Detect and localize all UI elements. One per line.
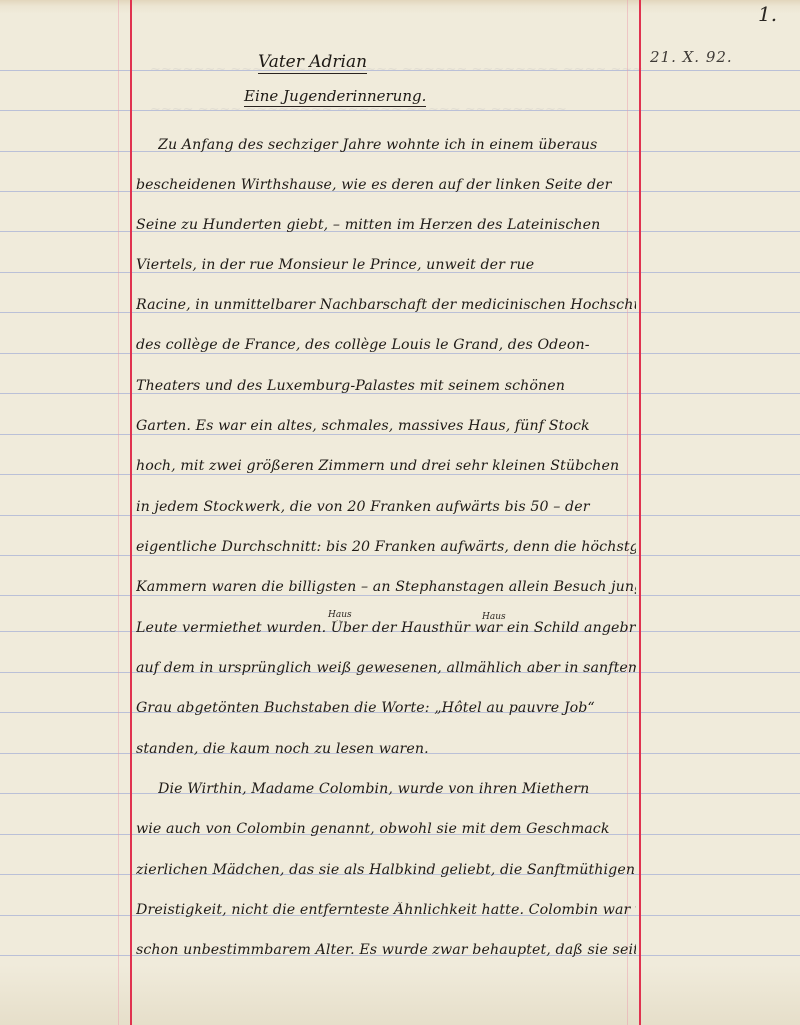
ruled-line <box>0 353 800 354</box>
interlinear-insertion: Haus <box>328 610 352 620</box>
text-line: eigentliche Durchschnitt: bis 20 Franken… <box>136 539 636 555</box>
ruled-line <box>0 555 800 556</box>
text-line: Dreistigkeit, nicht die entfernteste Ähn… <box>136 902 636 918</box>
text-line: des collège de France, des collège Louis… <box>136 337 636 353</box>
ruled-line <box>0 110 800 111</box>
text-line: in jedem Stockwerk, die von 20 Franken a… <box>136 499 636 515</box>
manuscript-page: ~~~~~~~ ~~~~~~~~ ~~~~~~~ ~~~~~~ ~~~~~~~~… <box>0 0 800 1025</box>
text-line: bescheidenen Wirthshause, wie es deren a… <box>136 177 636 193</box>
left-margin-faint-line <box>118 0 119 1025</box>
text-line: Grau abgetönten Buchstaben die Worte: „H… <box>136 700 636 716</box>
text-line: Garten. Es war ein altes, schmales, mass… <box>136 418 636 434</box>
ruled-line <box>0 70 800 71</box>
date: 21. X. 92. <box>650 48 733 66</box>
left-margin-line <box>130 0 132 1025</box>
right-margin-line <box>639 0 641 1025</box>
text-line: Kammern waren die billigsten – an Stepha… <box>136 579 636 595</box>
text-line: zierlichen Mädchen, das sie als Halbkind… <box>136 862 636 878</box>
text-line: Leute vermiethet wurden. Über der Hausth… <box>136 620 636 636</box>
text-line: Racine, in unmittelbarer Nachbarschaft d… <box>136 297 636 313</box>
ruled-line <box>0 474 800 475</box>
text-line: Theaters und des Luxemburg-Palastes mit … <box>136 378 636 394</box>
text-line: Seine zu Hunderten giebt, – mitten im He… <box>136 217 636 233</box>
ruled-line <box>0 515 800 516</box>
text-line: Viertels, in der rue Monsieur le Prince,… <box>136 257 636 273</box>
ruled-line <box>0 434 800 435</box>
text-line: Zu Anfang des sechziger Jahre wohnte ich… <box>158 137 636 153</box>
text-line: Die Wirthin, Madame Colombin, wurde von … <box>158 781 636 797</box>
text-line: hoch, mit zwei größeren Zimmern und drei… <box>136 458 636 474</box>
page-subtitle: Eine Jugenderinnerung. <box>244 87 426 107</box>
text-line: auf dem in ursprünglich weiß gewesenen, … <box>136 660 636 676</box>
text-line: standen, die kaum noch zu lesen waren. <box>136 741 636 757</box>
ruled-line <box>0 595 800 596</box>
text-line: wie auch von Colombin genannt, obwohl si… <box>136 821 636 837</box>
page-title: Vater Adrian <box>258 52 367 74</box>
page-number: 1. <box>758 2 777 26</box>
text-line: schon unbestimmbarem Alter. Es wurde zwa… <box>136 942 636 958</box>
